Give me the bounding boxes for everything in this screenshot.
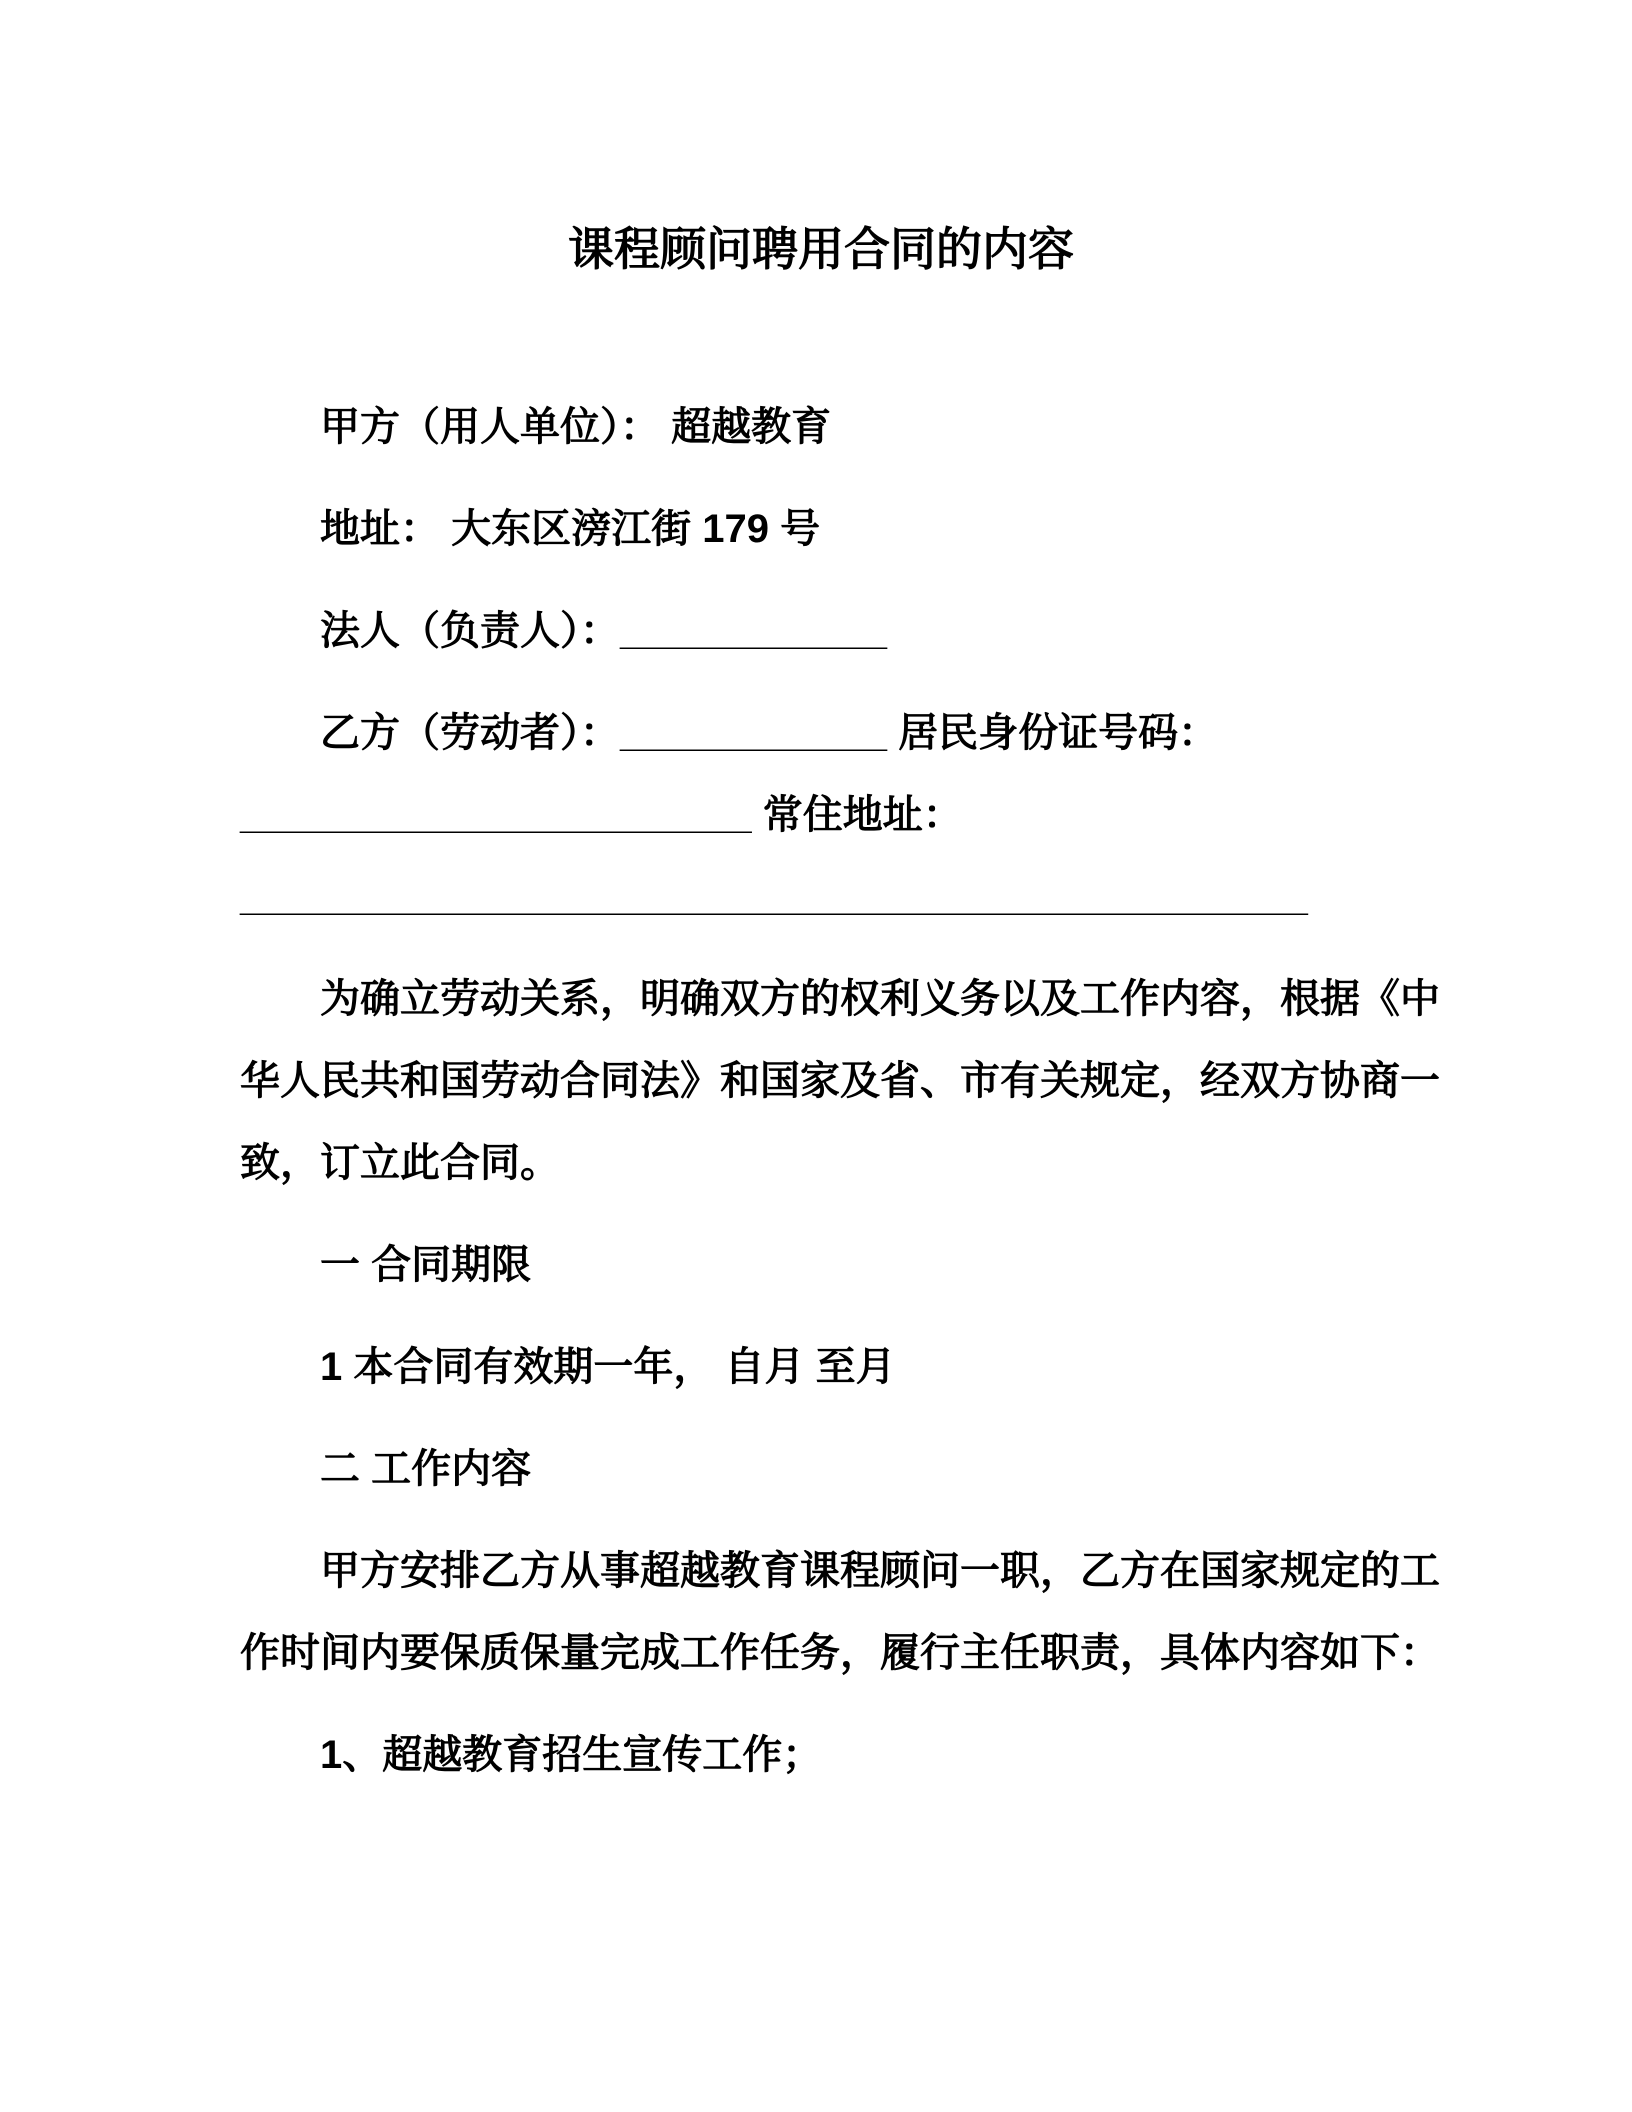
line-work-content-2: 作时间内要保质保量完成工作任务，履行主任职责，具体内容如下：: [240, 1612, 1402, 1694]
line-party-b-id-number: 乙方（劳动者）：____________ 居民身份证号码：: [240, 692, 1402, 774]
paragraph-section-2-heading: 二 工作内容: [240, 1428, 1402, 1510]
line-preamble-2: 华人民共和国劳动合同法》和国家及省、市有关规定，经双方协商一: [240, 1040, 1402, 1122]
line-resident-address-label: _______________________ 常住地址：: [240, 774, 1402, 856]
line-address: 地址： 大东区滂江街 179 号: [240, 488, 1402, 570]
paragraph-party-b: 乙方（劳动者）：____________ 居民身份证号码： __________…: [240, 692, 1402, 938]
line-blank-underscore: ________________________________________…: [240, 856, 1402, 938]
contract-document-page: 课程顾问聘用合同的内容 甲方（用人单位）： 超越教育 地址： 大东区滂江街 17…: [0, 0, 1632, 2112]
paragraph-work-content: 甲方安排乙方从事超越教育课程顾问一职，乙方在国家规定的工 作时间内要保质保量完成…: [240, 1530, 1402, 1694]
line-section-1-heading: 一 合同期限: [240, 1224, 1402, 1306]
line-party-a: 甲方（用人单位）： 超越教育: [240, 386, 1402, 468]
line-section-2-heading: 二 工作内容: [240, 1428, 1402, 1510]
paragraph-contract-term: 1 本合同有效期一年， 自月 至月: [240, 1326, 1402, 1408]
line-legal-representative-blank: 法人（负责人）：____________: [240, 590, 1402, 672]
paragraph-section-1-heading: 一 合同期限: [240, 1224, 1402, 1306]
line-duty-item-1: 1、超越教育招生宣传工作；: [240, 1714, 1402, 1796]
line-preamble-3: 致，订立此合同。: [240, 1122, 1402, 1204]
paragraph-address: 地址： 大东区滂江街 179 号: [240, 488, 1402, 570]
document-title: 课程顾问聘用合同的内容: [240, 204, 1402, 294]
paragraph-party-a: 甲方（用人单位）： 超越教育: [240, 386, 1402, 468]
line-work-content-1: 甲方安排乙方从事超越教育课程顾问一职，乙方在国家规定的工: [240, 1530, 1402, 1612]
paragraph-legal-representative: 法人（负责人）：____________: [240, 590, 1402, 672]
paragraph-preamble: 为确立劳动关系，明确双方的权利义务以及工作内容，根据《中 华人民共和国劳动合同法…: [240, 958, 1402, 1204]
line-contract-term: 1 本合同有效期一年， 自月 至月: [240, 1326, 1402, 1408]
line-preamble-1: 为确立劳动关系，明确双方的权利义务以及工作内容，根据《中: [240, 958, 1402, 1040]
paragraph-duty-item-1: 1、超越教育招生宣传工作；: [240, 1714, 1402, 1796]
